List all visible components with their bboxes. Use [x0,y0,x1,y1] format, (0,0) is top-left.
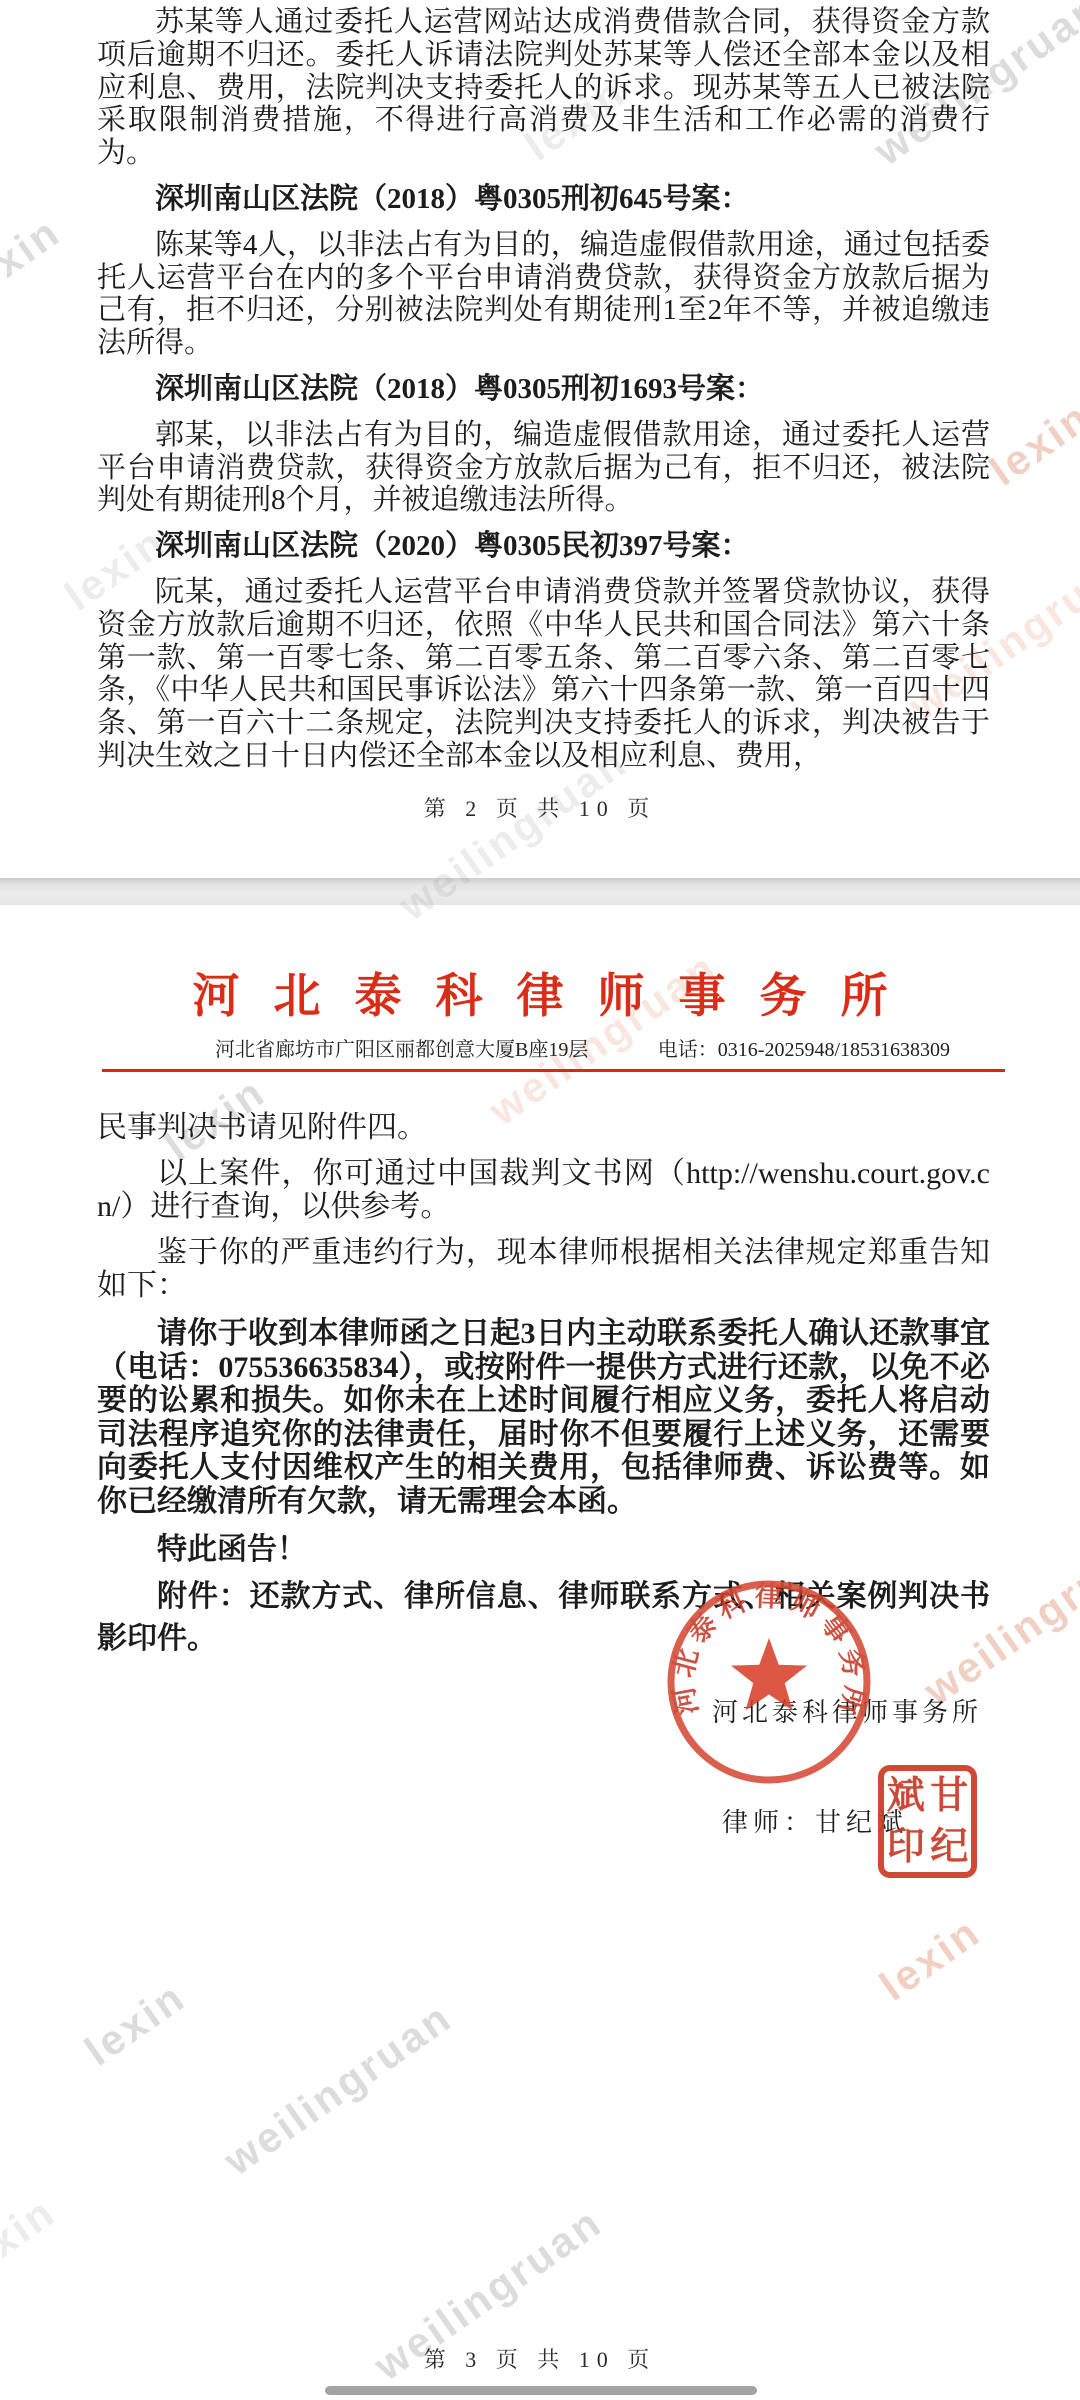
seal-star-icon [731,1638,807,1710]
letterhead: 河北泰科律师事务所 河北省廊坊市广阳区丽都创意大厦B座19层 电话：0316-2… [0,971,1080,1072]
paragraph-repayment-demand: 请你于收到本律师函之日起3日内主动联系委托人确认还款事宜（电话：07553663… [97,1317,990,1519]
gesture-bar[interactable] [325,2386,757,2395]
case1-paragraph: 陈某等4人，以非法占有为目的，编造虚假借款用途，通过包括委托人运营平台在内的多个… [97,229,990,360]
letterhead-address: 河北省廊坊市广阳区丽都创意大厦B座19层 [215,1033,588,1062]
page2-body: 苏某等人通过委托人运营网站达成消费借款合同，获得资金方款项后逾期不归还。委托人诉… [97,6,990,773]
document-page-3: 河北泰科律师事务所 河北省廊坊市广阳区丽都创意大厦B座19层 电话：0316-2… [0,905,1080,2400]
case3-heading: 深圳南山区法院（2020）粤0305民初397号案： [97,530,990,563]
seal-char: 纪 [928,1822,972,1873]
letterhead-phone: 电话：0316-2025948/18531638309 [658,1033,950,1062]
letterhead-firm-name: 河北泰科律师事务所 [0,971,1080,1023]
case1-heading: 深圳南山区法院（2018）粤0305刑初645号案： [97,183,990,216]
document-page-2: 苏某等人通过委托人运营网站达成消费借款合同，获得资金方款项后逾期不归还。委托人诉… [0,0,1080,878]
case2-heading: 深圳南山区法院（2018）粤0305刑初1693号案： [97,373,990,406]
page2-number: 第 2 页 共 10 页 [0,792,1080,823]
paragraph-hereby: 特此函告！ [97,1533,990,1567]
page3-number: 第 3 页 共 10 页 [0,2343,1080,2374]
page-gap-separator [0,878,1080,905]
letterhead-rule [102,1069,1005,1072]
paragraph-annex4: 民事判决书请见附件四。 [97,1111,990,1145]
law-firm-round-seal: 河北泰科律师事务所 [663,1576,875,1788]
seal-char: 甘 [928,1771,972,1822]
paragraph-wenshu-lookup: 以上案件，你可通过中国裁判文书网（http://wenshu.court.gov… [97,1157,990,1224]
seal-char: 斌 [884,1771,928,1822]
case3-paragraph: 阮某，通过委托人运营平台申请消费贷款并签署贷款协议，获得资金方放款后逾期不归还，… [97,576,990,773]
paragraph-su-case: 苏某等人通过委托人运营网站达成消费借款合同，获得资金方款项后逾期不归还。委托人诉… [97,6,990,170]
seal-char: 印 [884,1822,928,1873]
case2-paragraph: 郭某，以非法占有为目的，编造虚假借款用途，通过委托人运营平台申请消费贷款，获得资… [97,419,990,517]
paragraph-notice: 鉴于你的严重违约行为，现本律师根据相关法律规定郑重告知如下： [97,1236,990,1303]
lawyer-name-seal: 斌 甘 印 纪 [878,1765,977,1878]
